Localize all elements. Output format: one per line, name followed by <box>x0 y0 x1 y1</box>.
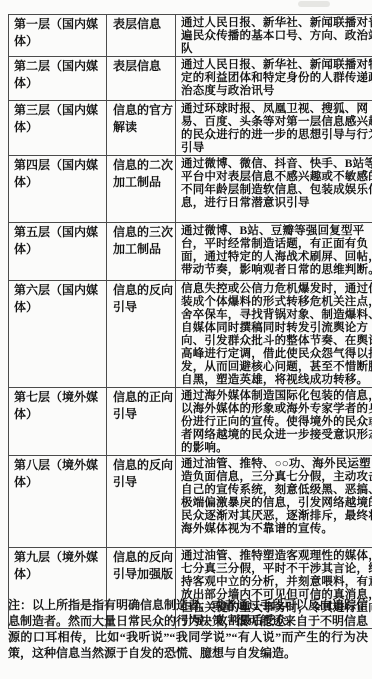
type-cell: 信息的反向引导 <box>107 456 176 548</box>
layer-cell: 第八层（境外媒体） <box>9 456 107 548</box>
table-row: 第三层（国内媒体） 信息的官方解读 通过环球时报、凤凰卫视、搜狐、网易、百度、头… <box>9 101 372 156</box>
table-row: 第七层（境外媒体） 信息的正向引导 通过海外媒体制造国际化包装的信息，以海外媒体… <box>9 388 372 456</box>
top-scroll-indicator <box>298 1 330 7</box>
description-cell: 通过微博、微信、抖音、快手、B站等平台中对表层信息不感兴趣或不敏感的不同年龄层制… <box>176 156 372 223</box>
layer-cell: 第四层（国内媒体） <box>9 156 107 223</box>
layer-cell: 第三层（国内媒体） <box>9 101 107 156</box>
table-row: 第一层（国内媒体） 表层信息 通过人民日报、新华社、新闻联播对普遍民众传播的基本… <box>9 15 372 57</box>
description-cell: 信息失控或公信力危机爆发时，通过伪装成个体爆料的形式转移危机关注点，舍卒保车，寻… <box>176 281 372 388</box>
description-cell: 通过环球时报、凤凰卫视、搜狐、网易、百度、头条等对第一层信息感兴趣的民众进行的进… <box>176 101 372 156</box>
table-row: 第四层（国内媒体） 信息的二次加工制品 通过微博、微信、抖音、快手、B站等平台中… <box>9 156 372 223</box>
description-cell: 通过海外媒体制造国际化包装的信息，以海外媒体的形象或海外专家学者的身份进行正向的… <box>176 388 372 456</box>
type-cell: 信息的官方解读 <box>107 101 176 156</box>
description-cell: 通过油管、推特、○○功、海外民运塑造负面信息，三分真七分假，主动攻击自己的宣传系… <box>176 456 372 548</box>
layer-cell: 第一层（国内媒体） <box>9 15 107 57</box>
layer-cell: 第七层（境外媒体） <box>9 388 107 456</box>
description-cell: 通过人民日报、新华社、新闻联播对普遍民众传播的基本口号、方向、政治站队 <box>176 15 372 57</box>
description-cell: 通过微博、B站、豆瓣等强回复型平台，平时经常制造话题，有正面有负面，通过特定的人… <box>176 223 372 281</box>
footnote: 注：以上所指是指有明确信息制造者，或者通过手段可以反向追踪信息制造者。然而大量日… <box>8 597 368 661</box>
layer-cell: 第六层（国内媒体） <box>9 281 107 388</box>
type-cell: 信息的二次加工制品 <box>107 156 176 223</box>
media-layers-table: 第一层（国内媒体） 表层信息 通过人民日报、新华社、新闻联播对普遍民众传播的基本… <box>8 14 372 629</box>
type-cell: 信息的反向引导 <box>107 281 176 388</box>
type-cell: 信息的正向引导 <box>107 388 176 456</box>
description-cell: 通过人民日报、新华社、新闻联播对特定的利益团体和特定身份的人群传递政治态度与政治… <box>176 57 372 101</box>
table-row: 第八层（境外媒体） 信息的反向引导 通过油管、推特、○○功、海外民运塑造负面信息… <box>9 456 372 548</box>
layer-cell: 第二层（国内媒体） <box>9 57 107 101</box>
type-cell: 信息的三次加工制品 <box>107 223 176 281</box>
type-cell: 表层信息 <box>107 57 176 101</box>
document-page: 第一层（国内媒体） 表层信息 通过人民日报、新华社、新闻联播对普遍民众传播的基本… <box>0 0 372 679</box>
table-row: 第六层（国内媒体） 信息的反向引导 信息失控或公信力危机爆发时，通过伪装成个体爆… <box>9 281 372 388</box>
layer-cell: 第五层（国内媒体） <box>9 223 107 281</box>
type-cell: 表层信息 <box>107 15 176 57</box>
table-row: 第二层（国内媒体） 表层信息 通过人民日报、新华社、新闻联播对特定的利益团体和特… <box>9 57 372 101</box>
table-row: 第五层（国内媒体） 信息的三次加工制品 通过微博、B站、豆瓣等强回复型平台，平时… <box>9 223 372 281</box>
